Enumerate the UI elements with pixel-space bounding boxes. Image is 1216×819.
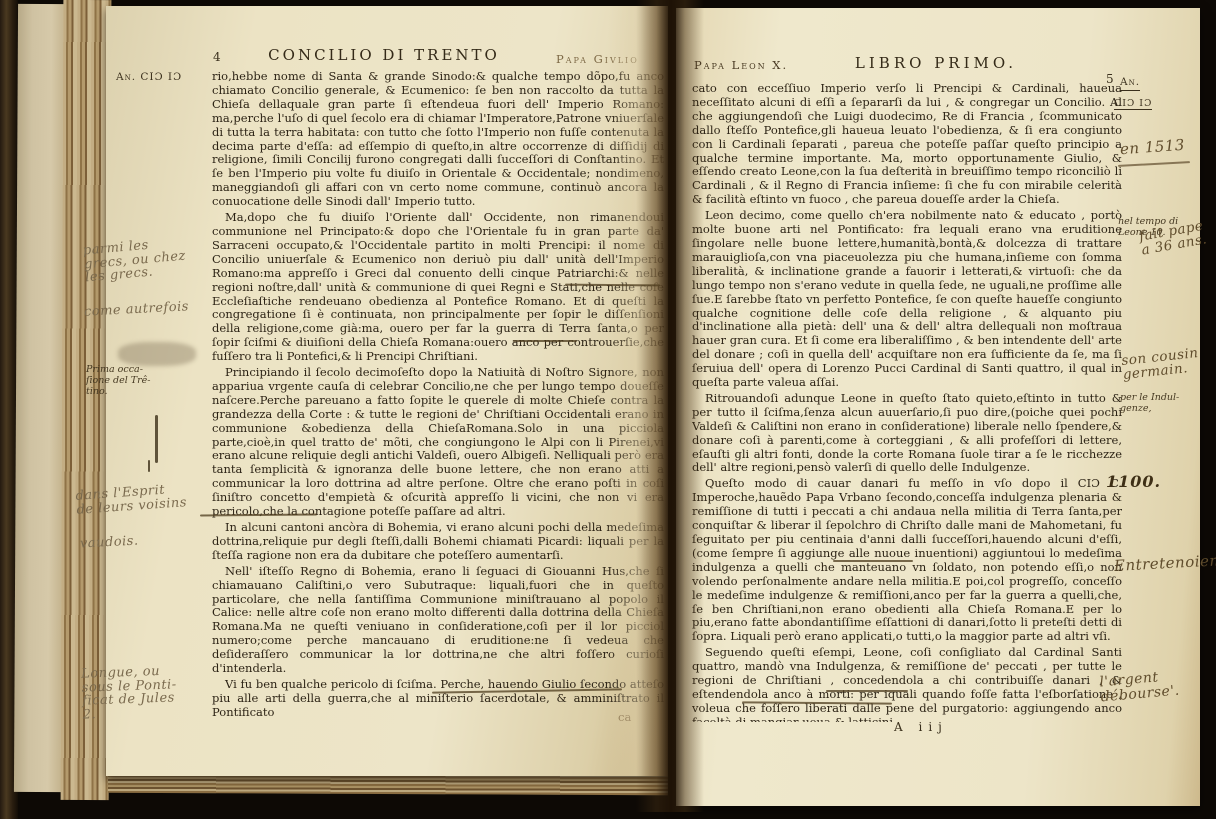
pen-tick xyxy=(148,460,150,472)
faded-handwriting-smudge xyxy=(118,342,196,366)
left-margin-year: An. CIƆ IƆ xyxy=(116,71,182,83)
right-margin-year: CIƆ IƆ xyxy=(1114,98,1152,110)
left-running-header: CONCILIO DI TRENTO xyxy=(214,46,554,64)
underline-come-gia xyxy=(513,340,577,342)
paragraph: Ritrouandoſi adunque Leone in queſto ſta… xyxy=(692,392,1122,475)
paragraph: Leon decimo, come quello ch'era nobilmen… xyxy=(692,209,1122,390)
right-header-papa-leon: Papa Leon X. xyxy=(694,58,788,72)
underline-esborsatione xyxy=(826,690,908,692)
paragraph: Vi fu ben qualche pericolo di ſciſma. Pe… xyxy=(212,678,664,720)
handwritten-note-vaudois: vaudois. xyxy=(80,534,139,551)
paragraph: Nell' iſteſſo Regno di Bohemia, erano li… xyxy=(212,565,664,676)
gathering-signature: A iij xyxy=(894,720,948,734)
paragraph: cato con ecceſſiuo Imperio verſo li Pren… xyxy=(692,82,1122,207)
handwritten-note-1100: 1100. xyxy=(1106,474,1161,491)
left-text-column: rio,hebbe nome di Santa & grande Sinodo:… xyxy=(212,70,664,732)
right-running-header: LIBRO PRIMO. xyxy=(796,54,1076,72)
paragraph: rio,hebbe nome di Santa & grande Sinodo:… xyxy=(212,70,664,209)
paragraph: Seguendo queſti eſempi, Leone, coſi conſ… xyxy=(692,646,1122,722)
book-scan: 4 CONCILIO DI TRENTO Papa Givlio rio,heb… xyxy=(0,0,1216,819)
page-curl-fade xyxy=(608,6,668,776)
left-page: 4 CONCILIO DI TRENTO Papa Givlio rio,heb… xyxy=(106,6,668,776)
right-text-column: cato con ecceſſiuo Imperio verſo li Pren… xyxy=(692,82,1122,722)
right-margin-printed-indulgenze: per le Indul- genze, xyxy=(1120,392,1192,414)
pen-mark-vertical xyxy=(155,415,158,463)
handwritten-note-jules-2: Longue, ou sous le Ponti- ficat de Jules… xyxy=(81,664,178,722)
paragraph: Ma,dopo che fu diuiſo l'Oriente dall' Oc… xyxy=(212,211,664,364)
underline-manteuano-vn xyxy=(833,560,913,562)
left-margin-printed-note: Prima occa- ſione del Trê- tino. xyxy=(86,364,158,397)
previous-page-surface xyxy=(14,4,66,792)
paragraph: In alcuni cantoni ancòra di Bohemia, vi … xyxy=(212,521,664,563)
paragraph: Principiando il ſecolo decimoſeſto dopo … xyxy=(212,366,664,519)
left-page-bottom-edges xyxy=(108,773,668,795)
right-margin-an: An. xyxy=(1120,76,1140,91)
